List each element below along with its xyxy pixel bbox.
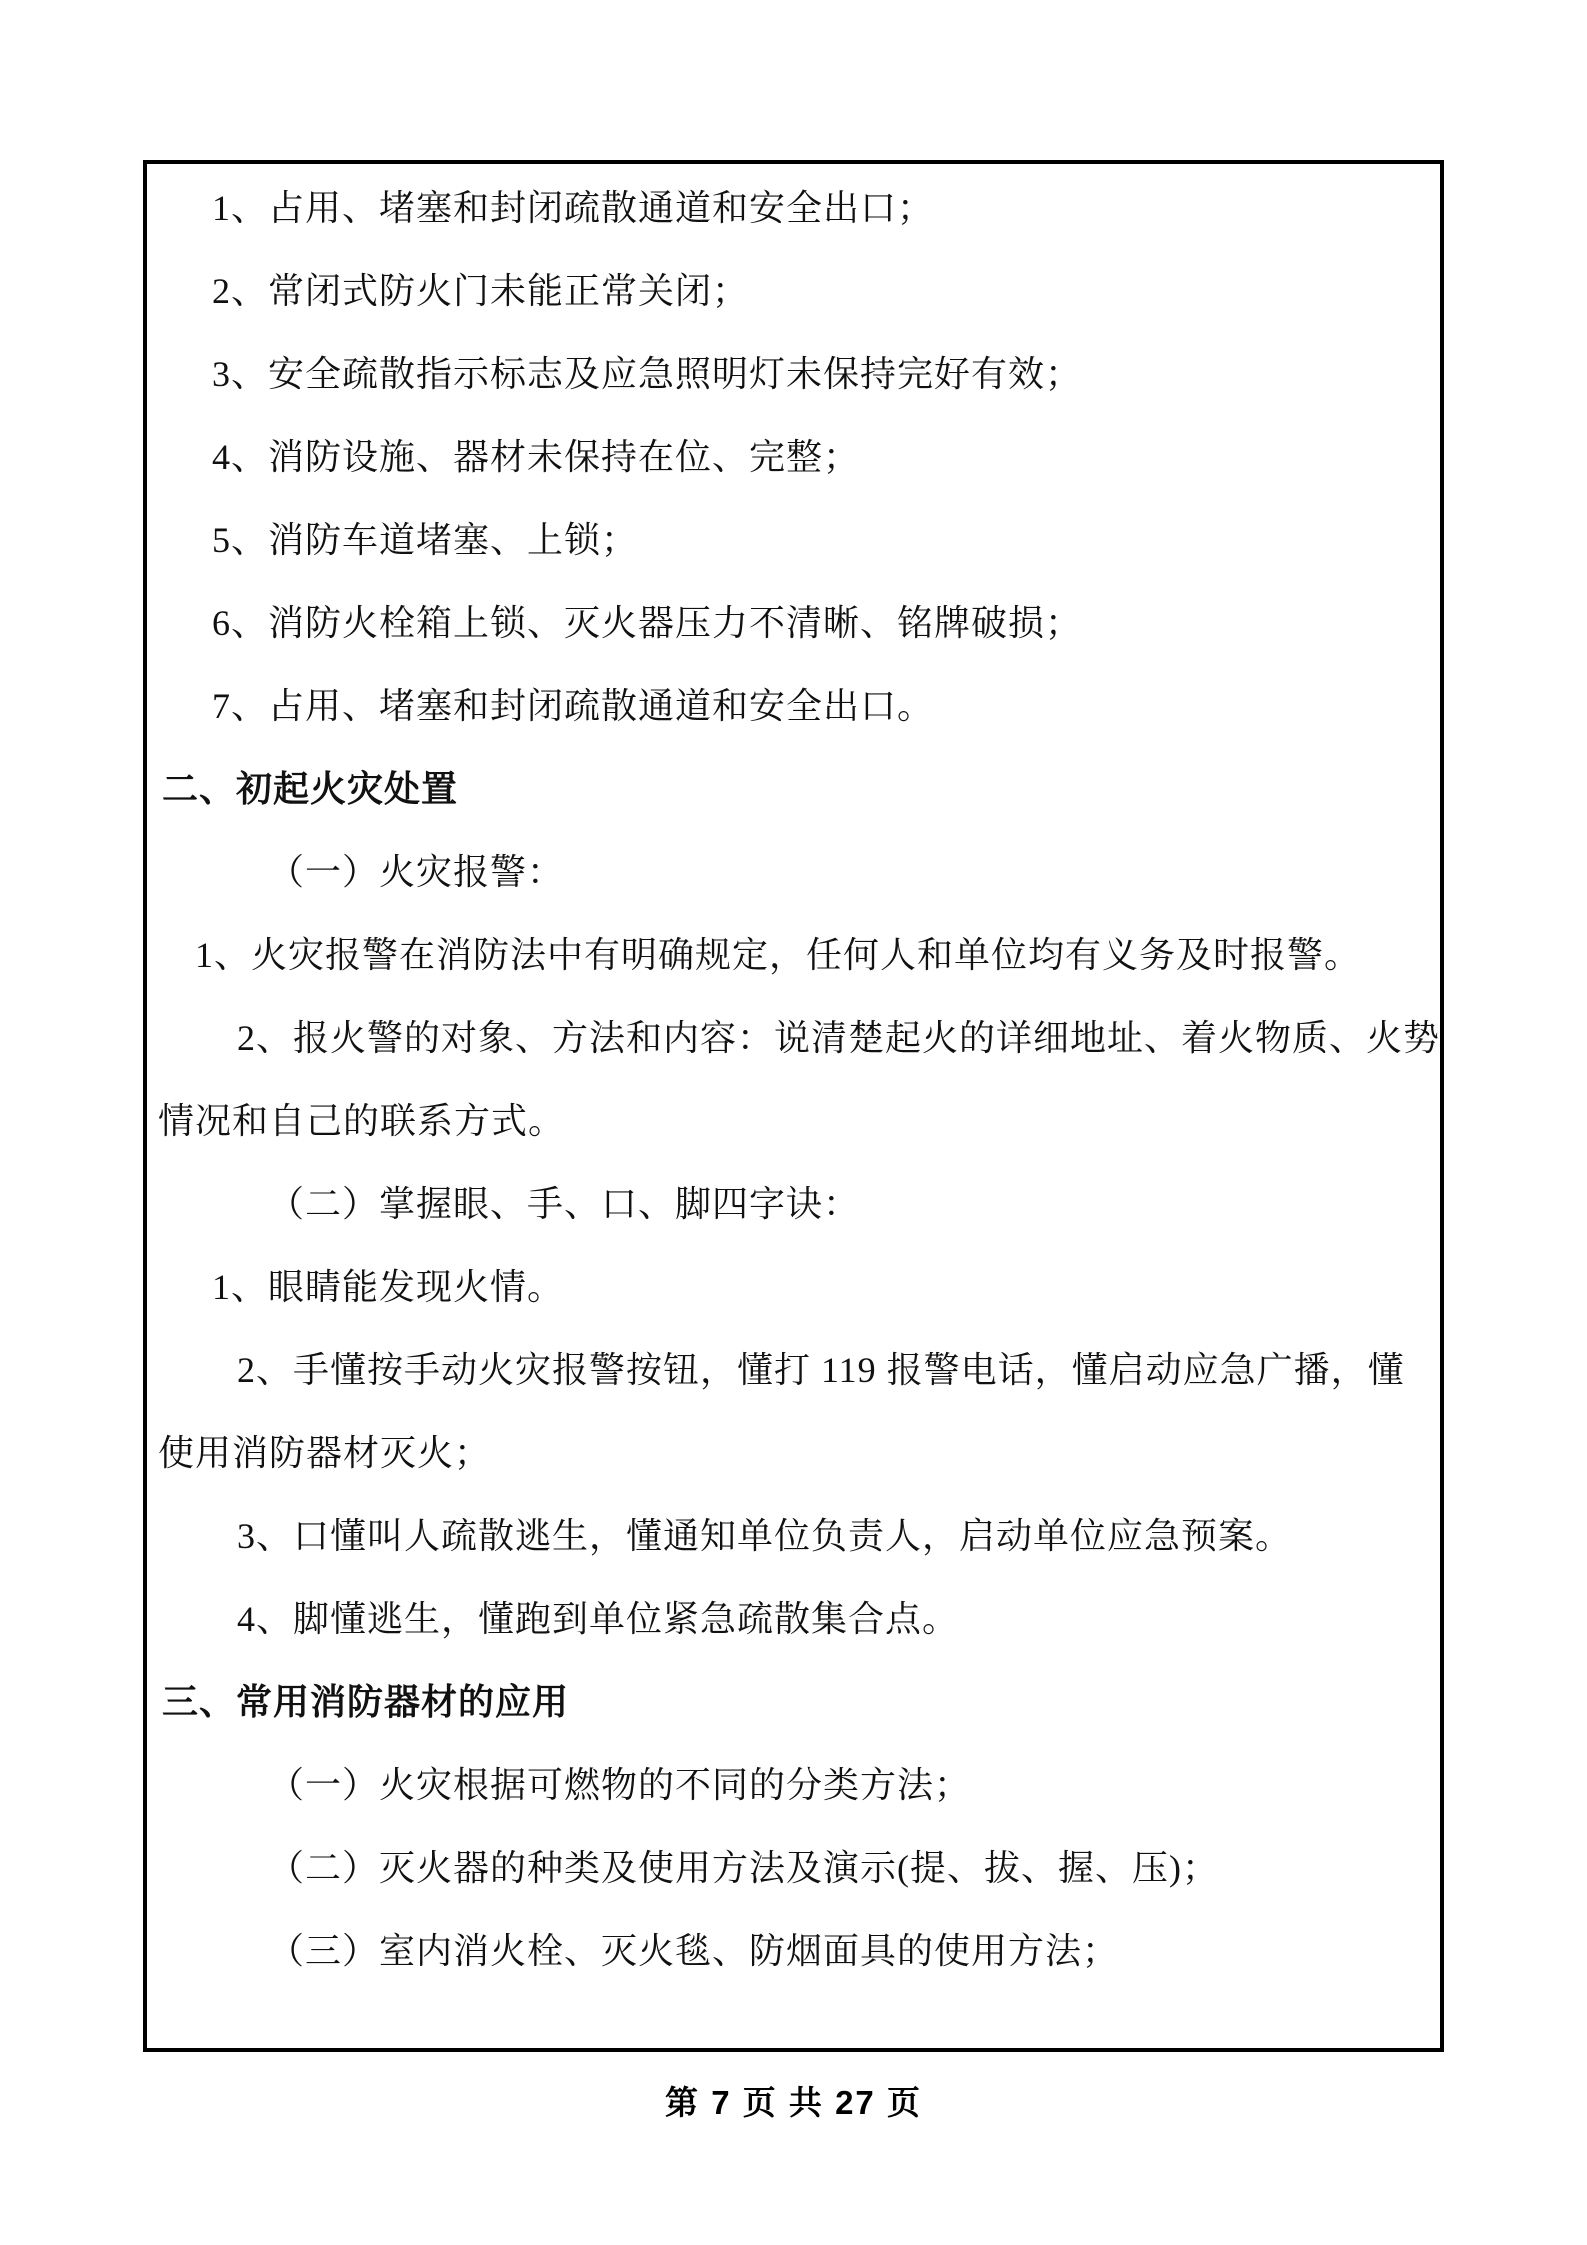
text-line: 1、眼睛能发现火情。 <box>147 1243 1440 1326</box>
text-line: 三、常用消防器材的应用 <box>147 1658 1440 1741</box>
text-line: 2、报火警的对象、方法和内容：说清楚起火的详细地址、着火物质、火势 <box>147 994 1440 1077</box>
text-line: 6、消防火栓箱上锁、灭火器压力不清晰、铭牌破损； <box>147 579 1440 662</box>
text-line: 3、口懂叫人疏散逃生，懂通知单位负责人，启动单位应急预案。 <box>147 1492 1440 1575</box>
text-line: 4、消防设施、器材未保持在位、完整； <box>147 413 1440 496</box>
text-line: （二）灭火器的种类及使用方法及演示(提、拔、握、压)； <box>147 1824 1440 1907</box>
text-line: 5、消防车道堵塞、上锁； <box>147 496 1440 579</box>
text-line: （三）室内消火栓、灭火毯、防烟面具的使用方法； <box>147 1907 1440 1990</box>
document-lines: 1、占用、堵塞和封闭疏散通道和安全出口；2、常闭式防火门未能正常关闭；3、安全疏… <box>147 164 1440 1990</box>
text-line: （一）火灾报警： <box>147 828 1440 911</box>
text-line: 二、初起火灾处置 <box>147 745 1440 828</box>
text-line: （一）火灾根据可燃物的不同的分类方法； <box>147 1741 1440 1824</box>
text-line: 2、手懂按手动火灾报警按钮，懂打 119 报警电话，懂启动应急广播，懂 <box>147 1326 1440 1409</box>
page-number-footer: 第 7 页 共 27 页 <box>0 2072 1587 2134</box>
text-line: 1、火灾报警在消防法中有明确规定，任何人和单位均有义务及时报警。 <box>147 911 1440 994</box>
text-line: 4、脚懂逃生，懂跑到单位紧急疏散集合点。 <box>147 1575 1440 1658</box>
text-line: 情况和自己的联系方式。 <box>147 1077 1440 1160</box>
text-line: 3、安全疏散指示标志及应急照明灯未保持完好有效； <box>147 330 1440 413</box>
text-line: 7、占用、堵塞和封闭疏散通道和安全出口。 <box>147 662 1440 745</box>
text-line: 1、占用、堵塞和封闭疏散通道和安全出口； <box>147 164 1440 247</box>
text-line: （二）掌握眼、手、口、脚四字诀： <box>147 1160 1440 1243</box>
text-line: 2、常闭式防火门未能正常关闭； <box>147 247 1440 330</box>
text-line: 使用消防器材灭火； <box>147 1409 1440 1492</box>
